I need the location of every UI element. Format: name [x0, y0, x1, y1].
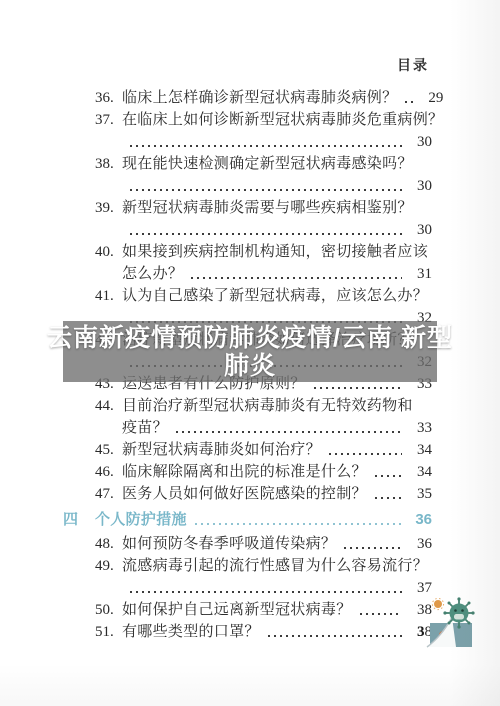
entry-page-number: 30: [412, 131, 432, 153]
toc-entry-row: 49.流感病毒引起的流行性感冒为什么容易流行？: [63, 555, 432, 577]
entry-text: 如何预防冬春季呼吸道传染病？: [122, 533, 336, 555]
entry-page-number: 36: [412, 533, 432, 555]
page-number: 3: [417, 624, 425, 641]
toc-entry-row: 48.如何预防冬春季呼吸道传染病？36: [63, 533, 432, 555]
dotted-leader: [375, 475, 402, 477]
entry-text: 临床上怎样确诊新型冠状病毒肺炎病例？: [122, 87, 397, 109]
entry-number: 50.: [95, 599, 122, 621]
entry-text: 流感病毒引起的流行性感冒为什么容易流行？: [122, 555, 428, 577]
section-title: 个人防护措施: [95, 509, 187, 531]
dotted-leader: [329, 453, 402, 455]
entry-number: 39.: [95, 197, 122, 219]
entry-text: 目前治疗新型冠状病毒肺炎有无特效药物和: [122, 395, 413, 417]
entry-number: 44.: [95, 395, 122, 417]
virus-icon: [443, 597, 474, 628]
caption-line-1: 云南新疫情预防肺炎疫情/云南 新型: [47, 324, 453, 352]
entry-number: 46.: [95, 461, 122, 483]
entry-text: 在临床上如何诊断新型冠状病毒肺炎危重病例？: [122, 109, 443, 131]
entry-number: 51.: [95, 621, 122, 643]
dotted-leader: [344, 547, 402, 549]
toc-entry-row: 51.有哪些类型的口罩？38: [63, 621, 432, 643]
entry-text: 有哪些类型的口罩？: [122, 621, 260, 643]
dotted-leader: [130, 233, 402, 235]
toc-entry-row: 47.医务人员如何做好医院感染的控制？35: [63, 483, 432, 505]
entry-number: 36.: [95, 87, 122, 109]
toc-leader-row: 30: [63, 131, 432, 153]
toc-entry-row: 46.临床解除隔离和出院的标准是什么？34: [63, 461, 432, 483]
caption-line-2: 肺炎: [224, 352, 276, 380]
toc-entry-row: 41.认为自己感染了新型冠状病毒，应该怎么办？: [63, 285, 432, 307]
toc-leader-row: 30: [63, 219, 432, 241]
entry-text: 怎么办？: [122, 263, 183, 285]
entry-number: 40.: [95, 241, 122, 263]
dotted-leader: [314, 387, 402, 389]
dotted-leader: [130, 591, 402, 593]
toc-entry-row: 45.新型冠状病毒肺炎如何治疗？34: [63, 439, 432, 461]
caption-overlay-band: 云南新疫情预防肺炎疫情/云南 新型 肺炎: [63, 321, 437, 382]
entry-text: 新型冠状病毒肺炎如何治疗？: [122, 439, 321, 461]
dotted-leader: [176, 431, 402, 433]
dotted-leader: [130, 145, 402, 147]
entry-text: 如果接到疾病控制机构通知，密切接触者应该: [122, 241, 428, 263]
dotted-leader: [375, 497, 402, 499]
toc-entry-row: 36.临床上怎样确诊新型冠状病毒肺炎病例？29: [63, 87, 432, 109]
toc-entry-row: 44.目前治疗新型冠状病毒肺炎有无特效药物和: [63, 395, 432, 417]
entry-page-number: 34: [412, 461, 432, 483]
entry-text: 医务人员如何做好医院感染的控制？: [122, 483, 367, 505]
dotted-leader: [405, 101, 413, 103]
dotted-leader: [268, 635, 402, 637]
corner-decoration: [415, 594, 487, 654]
entry-number: 48.: [95, 533, 122, 555]
toc-leader-row: 30: [63, 175, 432, 197]
entry-page-number: 35: [412, 483, 432, 505]
entry-page-number: 29: [423, 87, 443, 109]
dotted-leader: [191, 277, 402, 279]
entry-number: 49.: [95, 555, 122, 577]
entry-page-number: 30: [412, 175, 432, 197]
entry-page-number: 33: [412, 417, 432, 439]
toc-entry-row: 50.如何保护自己远离新型冠状病毒？38: [63, 599, 432, 621]
dotted-leader: [130, 189, 402, 191]
toc-section-row: 四个人防护措施36: [63, 509, 432, 531]
entry-text: 疫苗？: [122, 417, 168, 439]
entry-number: 41.: [95, 285, 122, 307]
toc-continuation-row: 疫苗？33: [63, 417, 432, 439]
toc-leader-row: 37: [63, 577, 432, 599]
entry-text: 新型冠状病毒肺炎需要与哪些疾病相鉴别？: [122, 197, 413, 219]
toc-entry-row: 38.现在能快速检测确定新型冠状病毒感染吗？: [63, 153, 432, 175]
section-number: 四: [63, 509, 95, 531]
toc-entry-row: 37.在临床上如何诊断新型冠状病毒肺炎危重病例？: [63, 109, 432, 131]
entry-page-number: 34: [412, 439, 432, 461]
entry-text: 现在能快速检测确定新型冠状病毒感染吗？: [122, 153, 413, 175]
entry-number: 37.: [95, 109, 122, 131]
entry-page-number: 36: [412, 509, 432, 531]
toc-continuation-row: 怎么办？31: [63, 263, 432, 285]
entry-page-number: 30: [412, 219, 432, 241]
entry-text: 如何保护自己远离新型冠状病毒？: [122, 599, 352, 621]
dotted-leader: [195, 523, 402, 525]
entry-number: 38.: [95, 153, 122, 175]
dotted-leader: [360, 613, 402, 615]
toc-entry-row: 40.如果接到疾病控制机构通知，密切接触者应该: [63, 241, 432, 263]
entry-number: 45.: [95, 439, 122, 461]
entry-text: 临床解除隔离和出院的标准是什么？: [122, 461, 367, 483]
entry-text: 认为自己感染了新型冠状病毒，应该怎么办？: [122, 285, 428, 307]
entry-page-number: 31: [412, 263, 432, 285]
toc-title: 目录: [397, 55, 429, 75]
toc-entry-row: 39.新型冠状病毒肺炎需要与哪些疾病相鉴别？: [63, 197, 432, 219]
entry-number: 47.: [95, 483, 122, 505]
sun-icon: [432, 598, 443, 609]
